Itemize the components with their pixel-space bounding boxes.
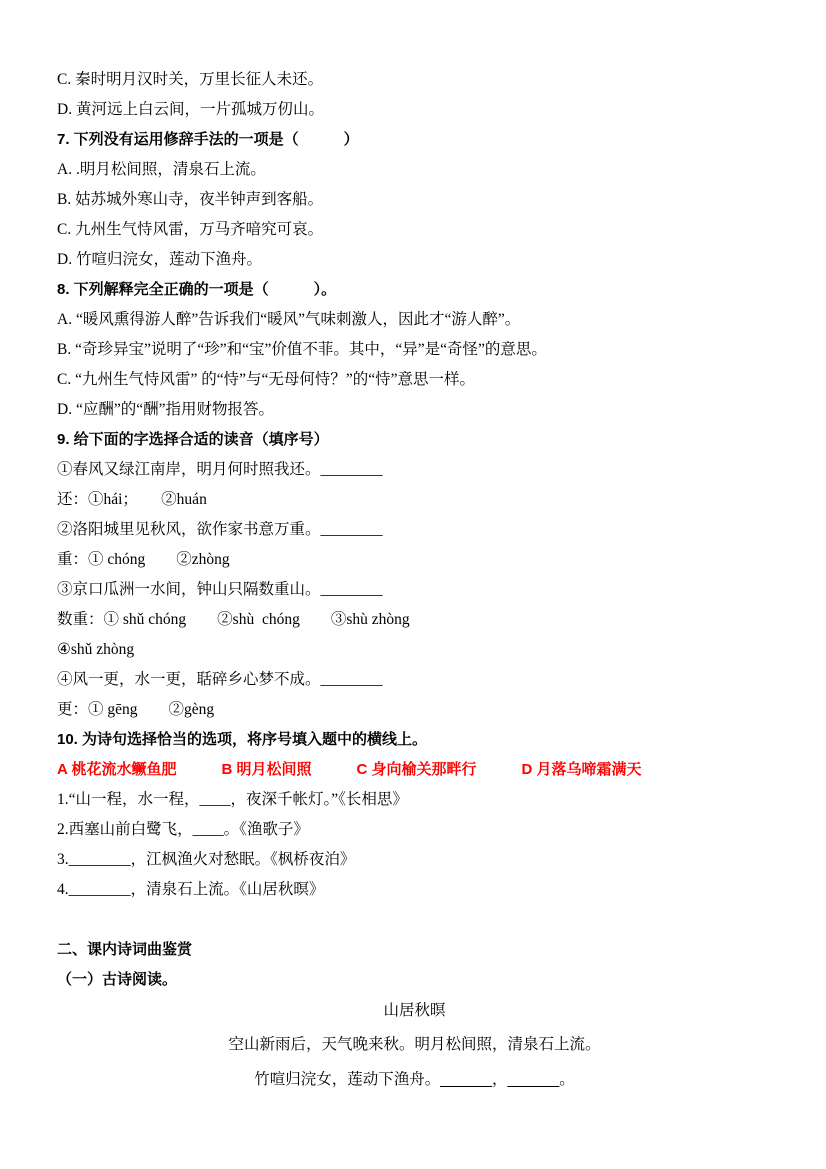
q9-pinyin-geng: 更：① gēng ②gèng [57, 695, 772, 725]
q8-option-b: B. “奇珍异宝”说明了“珍”和“宝”价值不菲。其中，“异”是“奇怪”的意思。 [57, 335, 772, 365]
q9-title: 9. 给下面的字选择合适的读音（填序号） [57, 425, 772, 455]
poem-line-1: 空山新雨后，天气晚来秋。明月松间照，清泉石上流。 [57, 1027, 772, 1062]
q9-sentence-1: ①春风又绿江南岸，明月何时照我还。________ [57, 455, 772, 485]
q8-option-a: A. “暖风熏得游人醉”告诉我们“暖风”气味刺激人，因此才“游人醉”。 [57, 305, 772, 335]
q10-item-1: 1.“山一程，水一程，____，夜深千帐灯。”《长相思》 [57, 785, 772, 815]
q8-option-c: C. “九州生气恃风雷” 的“恃”与“无母何恃？”的“恃”意思一样。 [57, 365, 772, 395]
q9-sentence-3: ③京口瓜洲一水间，钟山只隔数重山。________ [57, 575, 772, 605]
q7-option-d: D. 竹喧归浣女，莲动下渔舟。 [57, 245, 772, 275]
q10-title: 10. 为诗句选择恰当的选项，将序号填入题中的横线上。 [57, 725, 772, 755]
section-gap [57, 905, 772, 935]
q6-option-c: C. 秦时明月汉时关，万里长征人未还。 [57, 65, 772, 95]
q9-sentence-4: ④风一更，水一更，聒碎乡心梦不成。________ [57, 665, 772, 695]
q8-title: 8. 下列解释完全正确的一项是（ ）。 [57, 275, 772, 305]
poem-title: 山居秋暝 [57, 995, 772, 1027]
section2-heading: 二、课内诗词曲鉴赏 [57, 935, 772, 965]
q10-item-4: 4.________，清泉石上流。《山居秋暝》 [57, 875, 772, 905]
q9-sentence-2: ②洛阳城里见秋风，欲作家书意万重。________ [57, 515, 772, 545]
exam-content: C. 秦时明月汉时关，万里长征人未还。 D. 黄河远上白云间，一片孤城万仞山。 … [57, 65, 772, 1097]
q10-choice-bank: A 桃花流水鳜鱼肥 B 明月松间照 C 身向榆关那畔行 D 月落乌啼霜满天 [57, 755, 772, 785]
q9-pinyin-shuzhong-a: 数重：① shǔ chóng ②shù chóng ③shù zhòng [57, 605, 772, 635]
poem-line-2: 竹喧归浣女，莲动下渔舟。______，______。 [57, 1062, 772, 1097]
q10-item-3: 3.________，江枫渔火对愁眠。《枫桥夜泊》 [57, 845, 772, 875]
q8-option-d: D. “应酬”的“酬”指用财物报答。 [57, 395, 772, 425]
q7-option-b: B. 姑苏城外寒山寺，夜半钟声到客船。 [57, 185, 772, 215]
q10-item-2: 2.西塞山前白鹭飞，____。《渔歌子》 [57, 815, 772, 845]
q7-option-a: A. .明月松间照，清泉石上流。 [57, 155, 772, 185]
section2-subheading: （一）古诗阅读。 [57, 965, 772, 995]
q7-option-c: C. 九州生气恃风雷，万马齐喑究可哀。 [57, 215, 772, 245]
q9-pinyin-shuzhong-b: ④shǔ zhòng [57, 635, 772, 665]
q7-title: 7. 下列没有运用修辞手法的一项是（ ） [57, 125, 772, 155]
q6-option-d: D. 黄河远上白云间，一片孤城万仞山。 [57, 95, 772, 125]
exam-document-page: C. 秦时明月汉时关，万里长征人未还。 D. 黄河远上白云间，一片孤城万仞山。 … [0, 0, 826, 1169]
q9-pinyin-zhong: 重：① chóng ②zhòng [57, 545, 772, 575]
q9-pinyin-huan: 还：①hái； ②huán [57, 485, 772, 515]
